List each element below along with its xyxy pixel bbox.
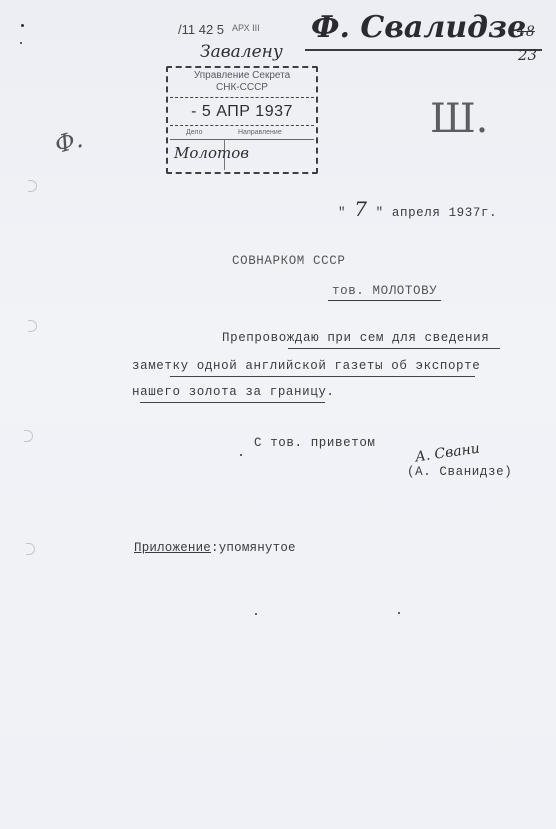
underline-2 xyxy=(170,376,475,377)
underline-1 xyxy=(288,348,500,349)
addressee-organization: СОВНАРКОМ СССР xyxy=(232,254,345,268)
handwritten-day: 7 xyxy=(354,197,367,221)
stamp-handwritten-signature: Молотов xyxy=(174,144,249,162)
sheet-number: 23 xyxy=(518,46,537,64)
underline-3 xyxy=(140,402,325,403)
resolution-note: Ф. Свалидзе xyxy=(305,10,542,51)
scan-artifact xyxy=(398,612,400,614)
margin-note-right: Ш. xyxy=(430,96,488,142)
attachment-label: Приложение xyxy=(134,541,211,555)
stamp-date: - 5 АПР 1937 xyxy=(168,103,316,121)
scan-artifact xyxy=(20,42,22,44)
body-line-2: заметку одной английской газеты об экспо… xyxy=(132,359,480,373)
scan-artifact xyxy=(21,24,24,27)
scan-artifact xyxy=(240,454,242,456)
document-page: /11 42 5 АРХ III Завалену Управление Сек… xyxy=(0,0,556,829)
closing-salutation: С тов. приветом xyxy=(254,436,376,450)
stamp-organization-line2: СНК-СССР xyxy=(168,82,316,93)
handwritten-signature: А. Свани xyxy=(414,441,481,466)
stamp-divider xyxy=(170,97,314,98)
body-line-1: Препровождаю при сем для сведения xyxy=(222,331,489,345)
attachment-line: Приложение:упомянутое xyxy=(134,541,296,555)
body-line-3: нашего золота за границу. xyxy=(132,385,335,399)
stamp-column-left: Дело xyxy=(186,129,202,136)
handwritten-routing: Завалену xyxy=(200,42,283,62)
scan-artifact xyxy=(255,613,257,615)
punch-hole-mark xyxy=(26,543,35,555)
stamp-divider xyxy=(170,125,314,126)
punch-hole-mark xyxy=(28,320,37,332)
stamp-divider xyxy=(170,139,314,140)
stamp-column-right: Направление xyxy=(238,129,282,136)
archive-mark: АРХ III xyxy=(232,23,260,33)
punch-hole-mark xyxy=(24,430,33,442)
stamp-organization-line1: Управление Секрета xyxy=(168,70,316,81)
addressee-person: тов. МОЛОТОВУ xyxy=(328,284,441,301)
registration-stamp: Управление Секрета СНК-СССР - 5 АПР 1937… xyxy=(166,66,318,174)
date-line: " 7 " апреля 1937г. xyxy=(338,197,497,221)
date-rest: апреля 1937г. xyxy=(392,206,497,220)
margin-note-left: Ф. xyxy=(52,125,86,159)
typed-signature: (А. Сванидзе) xyxy=(407,465,512,479)
quote-open: " xyxy=(338,206,346,220)
sheet-number-crossed: 18 xyxy=(517,24,535,40)
punch-hole-mark xyxy=(28,180,37,192)
attachment-value: :упомянутое xyxy=(211,541,296,555)
incoming-number: /11 42 5 xyxy=(178,22,224,37)
quote-close: " xyxy=(376,206,384,220)
